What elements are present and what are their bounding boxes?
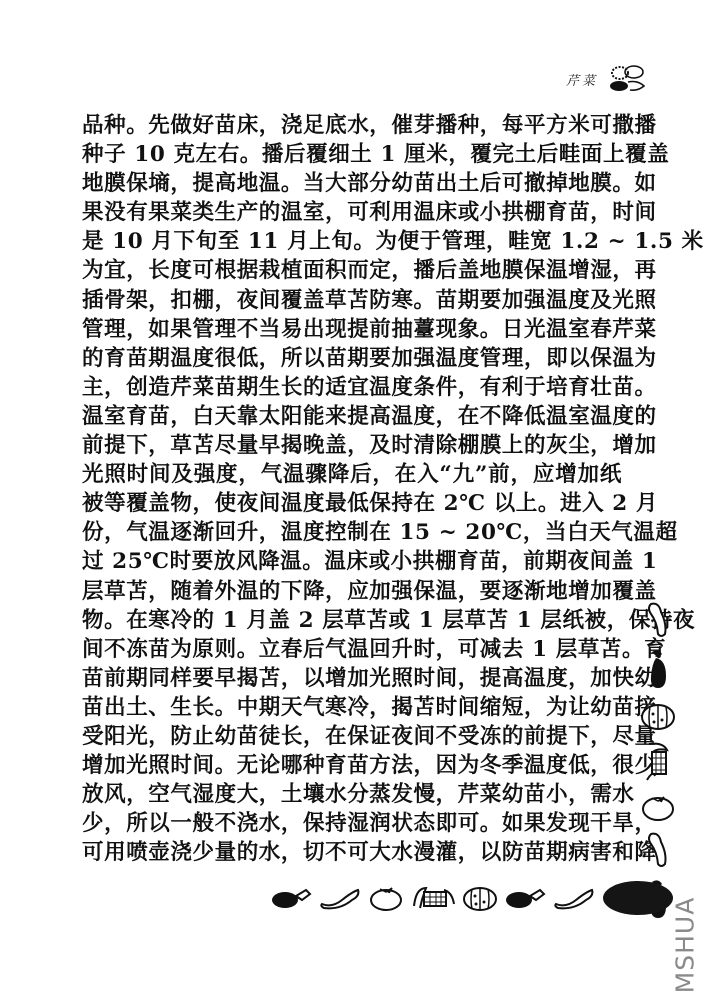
- text-line: 果没有果菜类生产的温室，可利用温床或小拱棚育苗，时间: [82, 198, 622, 227]
- eggplant-icon: [504, 886, 546, 910]
- text-line: 前提下，草苫尽量早揭晚盖，及时清除棚膜上的灰尘，增加: [82, 431, 622, 460]
- text-line: 地膜保墒，提高地温。当大部分幼苗出土后可撤掉地膜。如: [82, 169, 622, 198]
- corn-icon: [410, 884, 456, 912]
- text-line: 被等覆盖物，使夜间温度最低保持在 2℃ 以上。进入 2 月: [82, 489, 622, 518]
- text-line: 层草苫，随着外温的下降，应加强保温，要逐渐地增加覆盖: [82, 577, 622, 606]
- text-line: 为宜，长度可根据栽植面积而定，播后盖地膜保温增湿，再: [82, 256, 622, 285]
- text-line: 插骨架，扣棚，夜间覆盖草苫防寒。苗期要加强温度及光照: [82, 286, 622, 315]
- text-line: 管理，如果管理不当易出现提前抽薹现象。日光温室春芹菜: [82, 315, 622, 344]
- text-line: 份，气温逐渐回升，温度控制在 15 ~ 20℃，当白天气温超: [82, 518, 622, 547]
- text-line: 苗前期同样要早揭苫，以增加光照时间，提高温度，加快幼: [82, 664, 622, 693]
- header-title: 芹菜: [566, 70, 598, 89]
- text-line: 放风，空气湿度大，土壤水分蒸发慢，芹菜幼苗小，需水: [82, 780, 622, 809]
- pumpkin-icon: [462, 884, 498, 912]
- text-line: 少，所以一般不浇水，保持湿润状态即可。如果发现干旱，: [82, 809, 622, 838]
- bottom-vegetable-border: [270, 880, 674, 916]
- text-line: 品种。先做好苗床，浇足底水，催芽播种，每平方米可撒播: [82, 111, 622, 140]
- text-line: 受阳光，防止幼苗徒长，在保证夜间不受冻的前提下，尽量: [82, 722, 622, 751]
- text-line: 是 10 月下旬至 11 月上旬。为便于管理，畦宽 1.2 ~ 1.5 米: [82, 227, 622, 256]
- watermark: MSHUA: [670, 890, 700, 1000]
- eggplant-icon: [644, 648, 672, 692]
- cucumber-icon: [552, 886, 596, 910]
- dark-oval-icon: [602, 880, 674, 916]
- eggplant-icon: [270, 886, 312, 910]
- text-line: 可用喷壶浇少量的水，切不可大水漫灌，以防苗期病害和降: [82, 838, 622, 867]
- text-line: 增加光照时间。无论哪种育苗方法，因为冬季温度低，很少: [82, 751, 622, 780]
- text-line: 苗出土、生长。中期天气寒冷，揭苫时间缩短，为让幼苗接: [82, 693, 622, 722]
- cucumber-icon: [318, 886, 362, 910]
- cucumber-icon: [645, 830, 671, 870]
- text-line: 温室育苗，白天靠太阳能来提高温度，在不降低温室温度的: [82, 402, 622, 431]
- cucumber-icon: [645, 600, 671, 640]
- text-line: 的育苗期温度很低，所以苗期要加强温度管理，即以保温为: [82, 344, 622, 373]
- body-text: 品种。先做好苗床，浇足底水，催芽播种，每平方米可撒播 种子 10 克左右。播后覆…: [82, 111, 622, 867]
- corn-icon: [643, 740, 673, 784]
- text-line: 种子 10 克左右。播后覆细土 1 厘米，覆完土后畦面上覆盖: [82, 140, 622, 169]
- text-line: 光照时间及强度，气温骤降后，在入“九”前，应增加纸: [82, 460, 622, 489]
- tomato-icon: [368, 884, 404, 912]
- watermark-text: MSHUA: [671, 897, 700, 994]
- vegetable-basket-icon: [606, 64, 650, 94]
- pumpkin-icon: [640, 700, 676, 732]
- tomato-icon: [640, 792, 676, 822]
- text-line: 主，创造芹菜苗期生长的适宜温度条件，有利于培育壮苗。: [82, 373, 622, 402]
- running-header: 芹菜: [566, 64, 650, 94]
- text-line: 过 25℃时要放风降温。温床或小拱棚育苗，前期夜间盖 1: [82, 547, 622, 576]
- text-line: 物。在寒冷的 1 月盖 2 层草苫或 1 层草苫 1 层纸被，保持夜: [82, 606, 622, 635]
- right-vegetable-border: [636, 600, 680, 922]
- text-line: 间不冻苗为原则。立春后气温回升时，可减去 1 层草苫。育: [82, 635, 622, 664]
